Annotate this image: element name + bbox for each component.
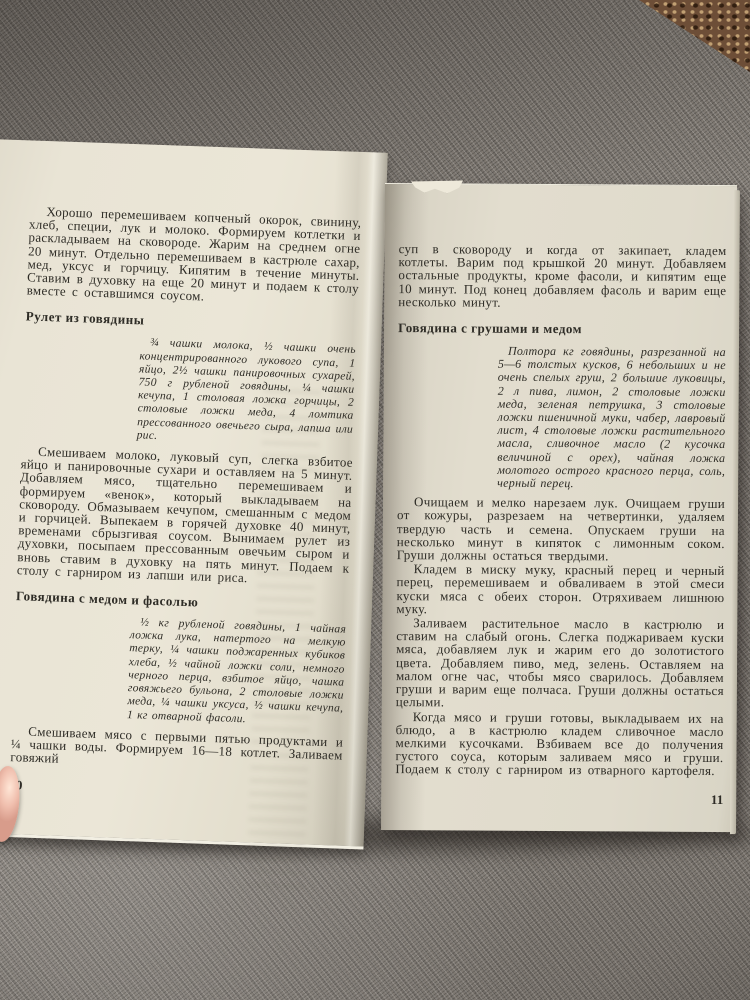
instructions-paragraph-2: Кладем в миску муку, красный перец и чер…	[396, 562, 724, 617]
ingredients-beef-roll: ¾ чашки молока, ½ чашки очень концентрир…	[136, 337, 356, 450]
left-page: Хорошо перемешиваем копченый окорок, сви…	[0, 138, 388, 849]
instructions-paragraph-1: Очищаем и мелко нарезаем лук. Очищаем гр…	[397, 495, 725, 563]
recipe-title-beef-pears-honey: Говядина с грушами и медом	[398, 321, 726, 337]
ingredients-beef-pears-honey: Полтора кг говядины, разрезанной на 5—6 …	[497, 345, 726, 492]
photo-open-cookbook: Хорошо перемешиваем копченый окорок, сви…	[0, 0, 750, 1000]
instructions-beef-roll: Смешиваем молоко, луковый суп, слегка вз…	[17, 444, 353, 588]
right-page: суп в сковороду и когда от закипает, кла…	[381, 183, 737, 832]
recipe-title-beef-roll: Рулет из говядины	[26, 310, 358, 336]
left-page-text-column: Хорошо перемешиваем копченый окорок, сви…	[9, 204, 361, 805]
continuation-paragraph: суп в сковороду и когда от закипает, кла…	[398, 242, 726, 310]
recipe-title-beef-honey-beans: Говядина с медом и фасолью	[16, 589, 348, 615]
page-number-left: 10	[9, 777, 341, 805]
ingredients-beef-honey-beans: ½ кг рубленой говядины, 1 чайная ложка л…	[127, 616, 347, 729]
instructions-beef-honey-beans: Смешиваем мясо с первыми пятью продуктам…	[10, 724, 343, 775]
right-page-text-column: суп в сковороду и когда от закипает, кла…	[395, 242, 726, 808]
intro-paragraph: Хорошо перемешиваем копченый окорок, сви…	[26, 204, 361, 308]
instructions-paragraph-4: Когда мясо и груши готовы, выкладываем и…	[395, 710, 723, 778]
page-number-right: 11	[395, 790, 723, 808]
instructions-paragraph-3: Заливаем растительное масло в кастрюлю и…	[396, 616, 725, 710]
